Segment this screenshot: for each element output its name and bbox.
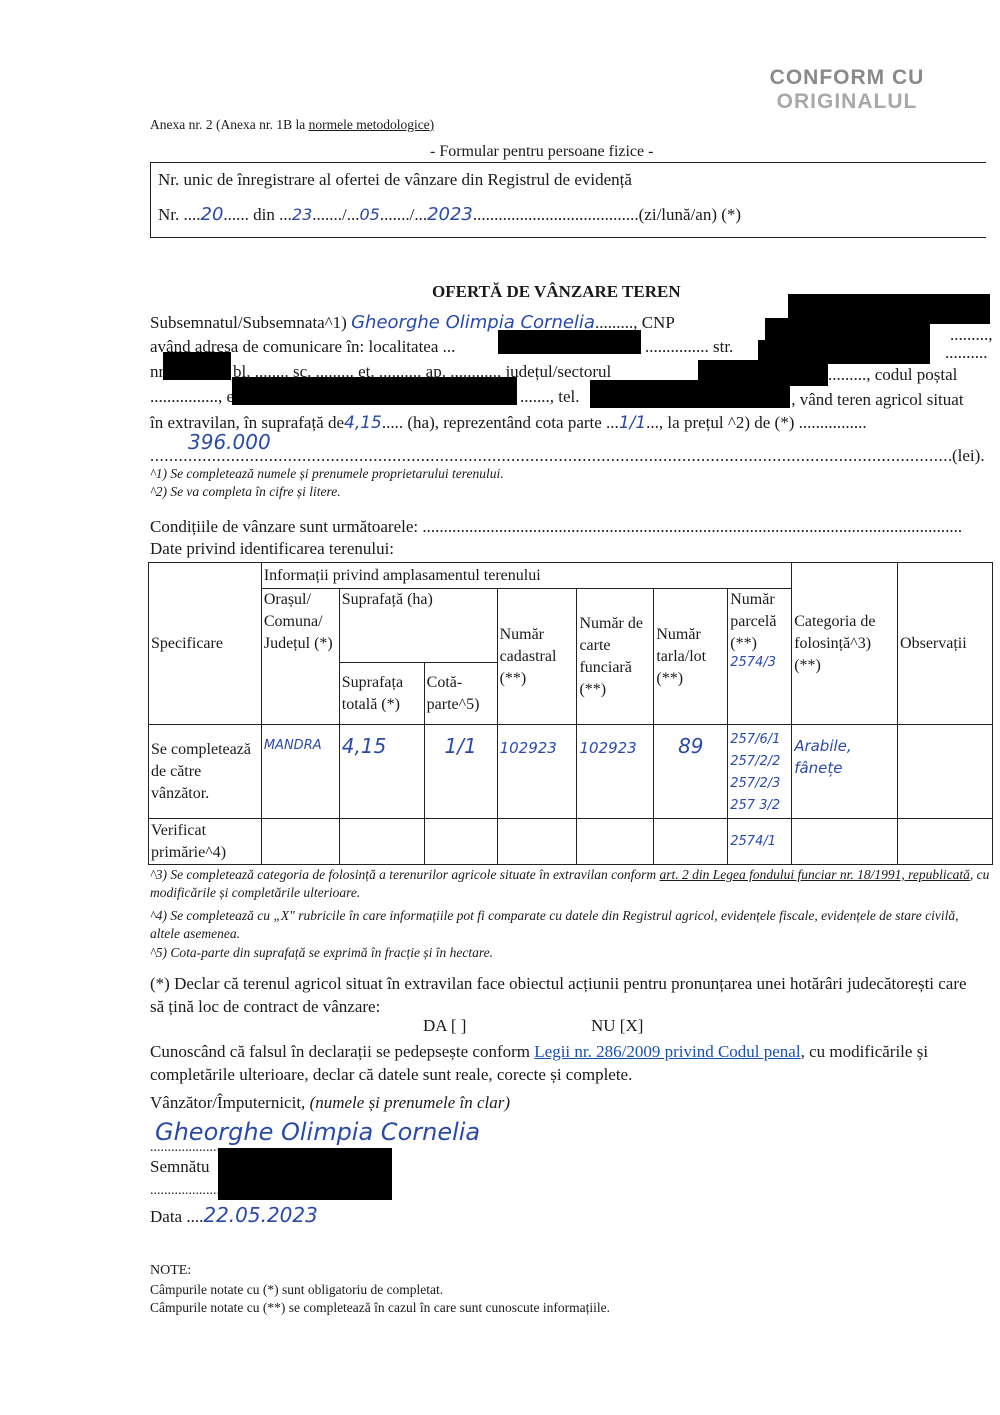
identification-label: Date privind identificarea terenului: (150, 539, 394, 559)
redaction-locality (498, 330, 641, 354)
redaction-email (232, 377, 517, 405)
stamp-line-2: ORIGINALUL (752, 90, 942, 114)
da-checkbox[interactable]: DA [ ] (423, 1016, 466, 1036)
registry-year-field[interactable]: 2023 (427, 204, 473, 225)
declaration-text: (*) Declar că terenul agricol situat în … (150, 972, 980, 1018)
footnote-4: ^4) Se completează cu „X" rubricile în c… (150, 907, 990, 943)
cell-tarla[interactable]: 89 (654, 725, 728, 819)
stamp-line-1: CONFORM CU (752, 66, 942, 90)
annex-link[interactable]: normele metodologice) (309, 117, 435, 132)
cell-oras[interactable] (261, 819, 339, 865)
cell-cadastral[interactable] (497, 819, 577, 865)
header-categoria: Categoria de folosință^3) (**) (792, 563, 898, 725)
cell-observatii[interactable] (898, 725, 993, 819)
cell-suprafata-totala[interactable]: 4,15 (339, 725, 424, 819)
cell-observatii[interactable] (898, 819, 993, 865)
conform-stamp: CONFORM CU ORIGINALUL (752, 66, 942, 114)
header-oras: Orașul/ Comuna/ Județul (*) (261, 589, 339, 725)
annex-prefix: Anexa nr. 2 (Anexa nr. 1B la (150, 117, 309, 132)
redaction-nr (163, 352, 231, 380)
table-row: Se completează de către vânzător. MANDRA… (149, 725, 993, 819)
footnote-2: ^2) Se va completa în cifre și litere. (150, 484, 341, 500)
page-title: OFERTĂ DE VÂNZARE TEREN (432, 282, 681, 302)
surface-field[interactable]: 4,15 (344, 413, 382, 433)
cell-categoria[interactable] (792, 819, 898, 865)
header-specificare: Specificare (149, 563, 262, 725)
cell-parcela[interactable]: 257/6/1 257/2/2 257/2/3 257 3/2 (728, 725, 792, 819)
registry-day-field[interactable]: 23 (292, 205, 312, 224)
annex-reference: Anexa nr. 2 (Anexa nr. 1B la normele met… (150, 117, 434, 133)
redaction-cnp (765, 318, 930, 342)
quota-field[interactable]: 1/1 (619, 413, 646, 433)
header-observatii: Observații (898, 563, 993, 725)
cell-suprafata-totala[interactable] (339, 819, 424, 865)
date-line: Data ....22.05.2023 (150, 1203, 318, 1227)
conditions-line: Condițiile de vânzare sunt următoarele: … (150, 517, 980, 537)
cell-carte-funciara[interactable] (577, 819, 654, 865)
registry-nr-field[interactable]: 20 (201, 204, 224, 225)
registry-month-field[interactable]: 05 (359, 205, 379, 224)
note-1: Câmpurile notate cu (*) sunt obligatoriu… (150, 1282, 443, 1298)
row-label: Verificat primărie^4) (149, 819, 262, 865)
cell-cota-parte[interactable]: 1/1 (424, 725, 497, 819)
row-label: Se completează de către vânzător. (149, 725, 262, 819)
redaction-signature (218, 1148, 392, 1200)
header-cadastral: Număr cadastral (**) (497, 589, 577, 725)
cell-parcela[interactable]: 2574/1 (728, 819, 792, 865)
cell-carte-funciara[interactable]: 102923 (577, 725, 654, 819)
falsul-declaration: Cunoscând că falsul în declarații se ped… (150, 1040, 980, 1086)
legea-fondului-funciar-link[interactable]: art. 2 din Legea fondului funciar nr. 18… (660, 867, 970, 882)
redaction-phone (590, 380, 790, 408)
header-group: Informații privind amplasamentul terenul… (261, 563, 791, 589)
header-suprafata-totala: Suprafața totală (*) (339, 663, 424, 725)
signer-label: Vânzător/Împuternicit, (numele și prenum… (150, 1093, 510, 1113)
nu-checkbox[interactable]: NU [X] (591, 1016, 643, 1036)
footnote-5: ^5) Cota-parte din suprafață se exprimă … (150, 945, 493, 961)
date-field[interactable]: 22.05.2023 (203, 1203, 318, 1227)
header-carte-funciara: Număr de carte funciară (**) (577, 589, 654, 725)
cell-cota-parte[interactable] (424, 819, 497, 865)
signature-label: Semnătu (150, 1157, 210, 1177)
form-type: - Formular pentru persoane fizice - (430, 143, 653, 161)
header-parcela-note: 2574/3 (730, 655, 789, 671)
footnote-3: ^3) Se completează categoria de folosinț… (150, 866, 990, 902)
cell-cadastral[interactable]: 102923 (497, 725, 577, 819)
lei-label: (lei). (952, 446, 985, 466)
header-cota-parte: Cotă-parte^5) (424, 663, 497, 725)
header-suprafata: Suprafață (ha) (339, 589, 497, 663)
cell-tarla[interactable] (654, 819, 728, 865)
notes-title: NOTE: (150, 1263, 191, 1279)
registry-label: Nr. unic de înregistrare al ofertei de v… (158, 170, 632, 190)
cell-categoria[interactable]: Arabile, fânețe (792, 725, 898, 819)
codul-penal-link[interactable]: Legii nr. 286/2009 privind Codul penal (534, 1042, 800, 1061)
land-table: Specificare Informații privind amplasame… (148, 562, 993, 865)
table-row: Verificat primărie^4) 2574/1 (149, 819, 993, 865)
registry-number-line: Nr. ....20...... din ...23......./...05.… (158, 204, 741, 225)
header-tarla: Număr tarla/lot (**) (654, 589, 728, 725)
footnote-1: ^1) Se completează numele și prenumele p… (150, 466, 504, 482)
header-parcela: Număr parcelă (**) 2574/3 (728, 589, 792, 725)
cell-oras[interactable]: MANDRA (261, 725, 339, 819)
note-2: Câmpurile notate cu (**) se completează … (150, 1300, 610, 1316)
